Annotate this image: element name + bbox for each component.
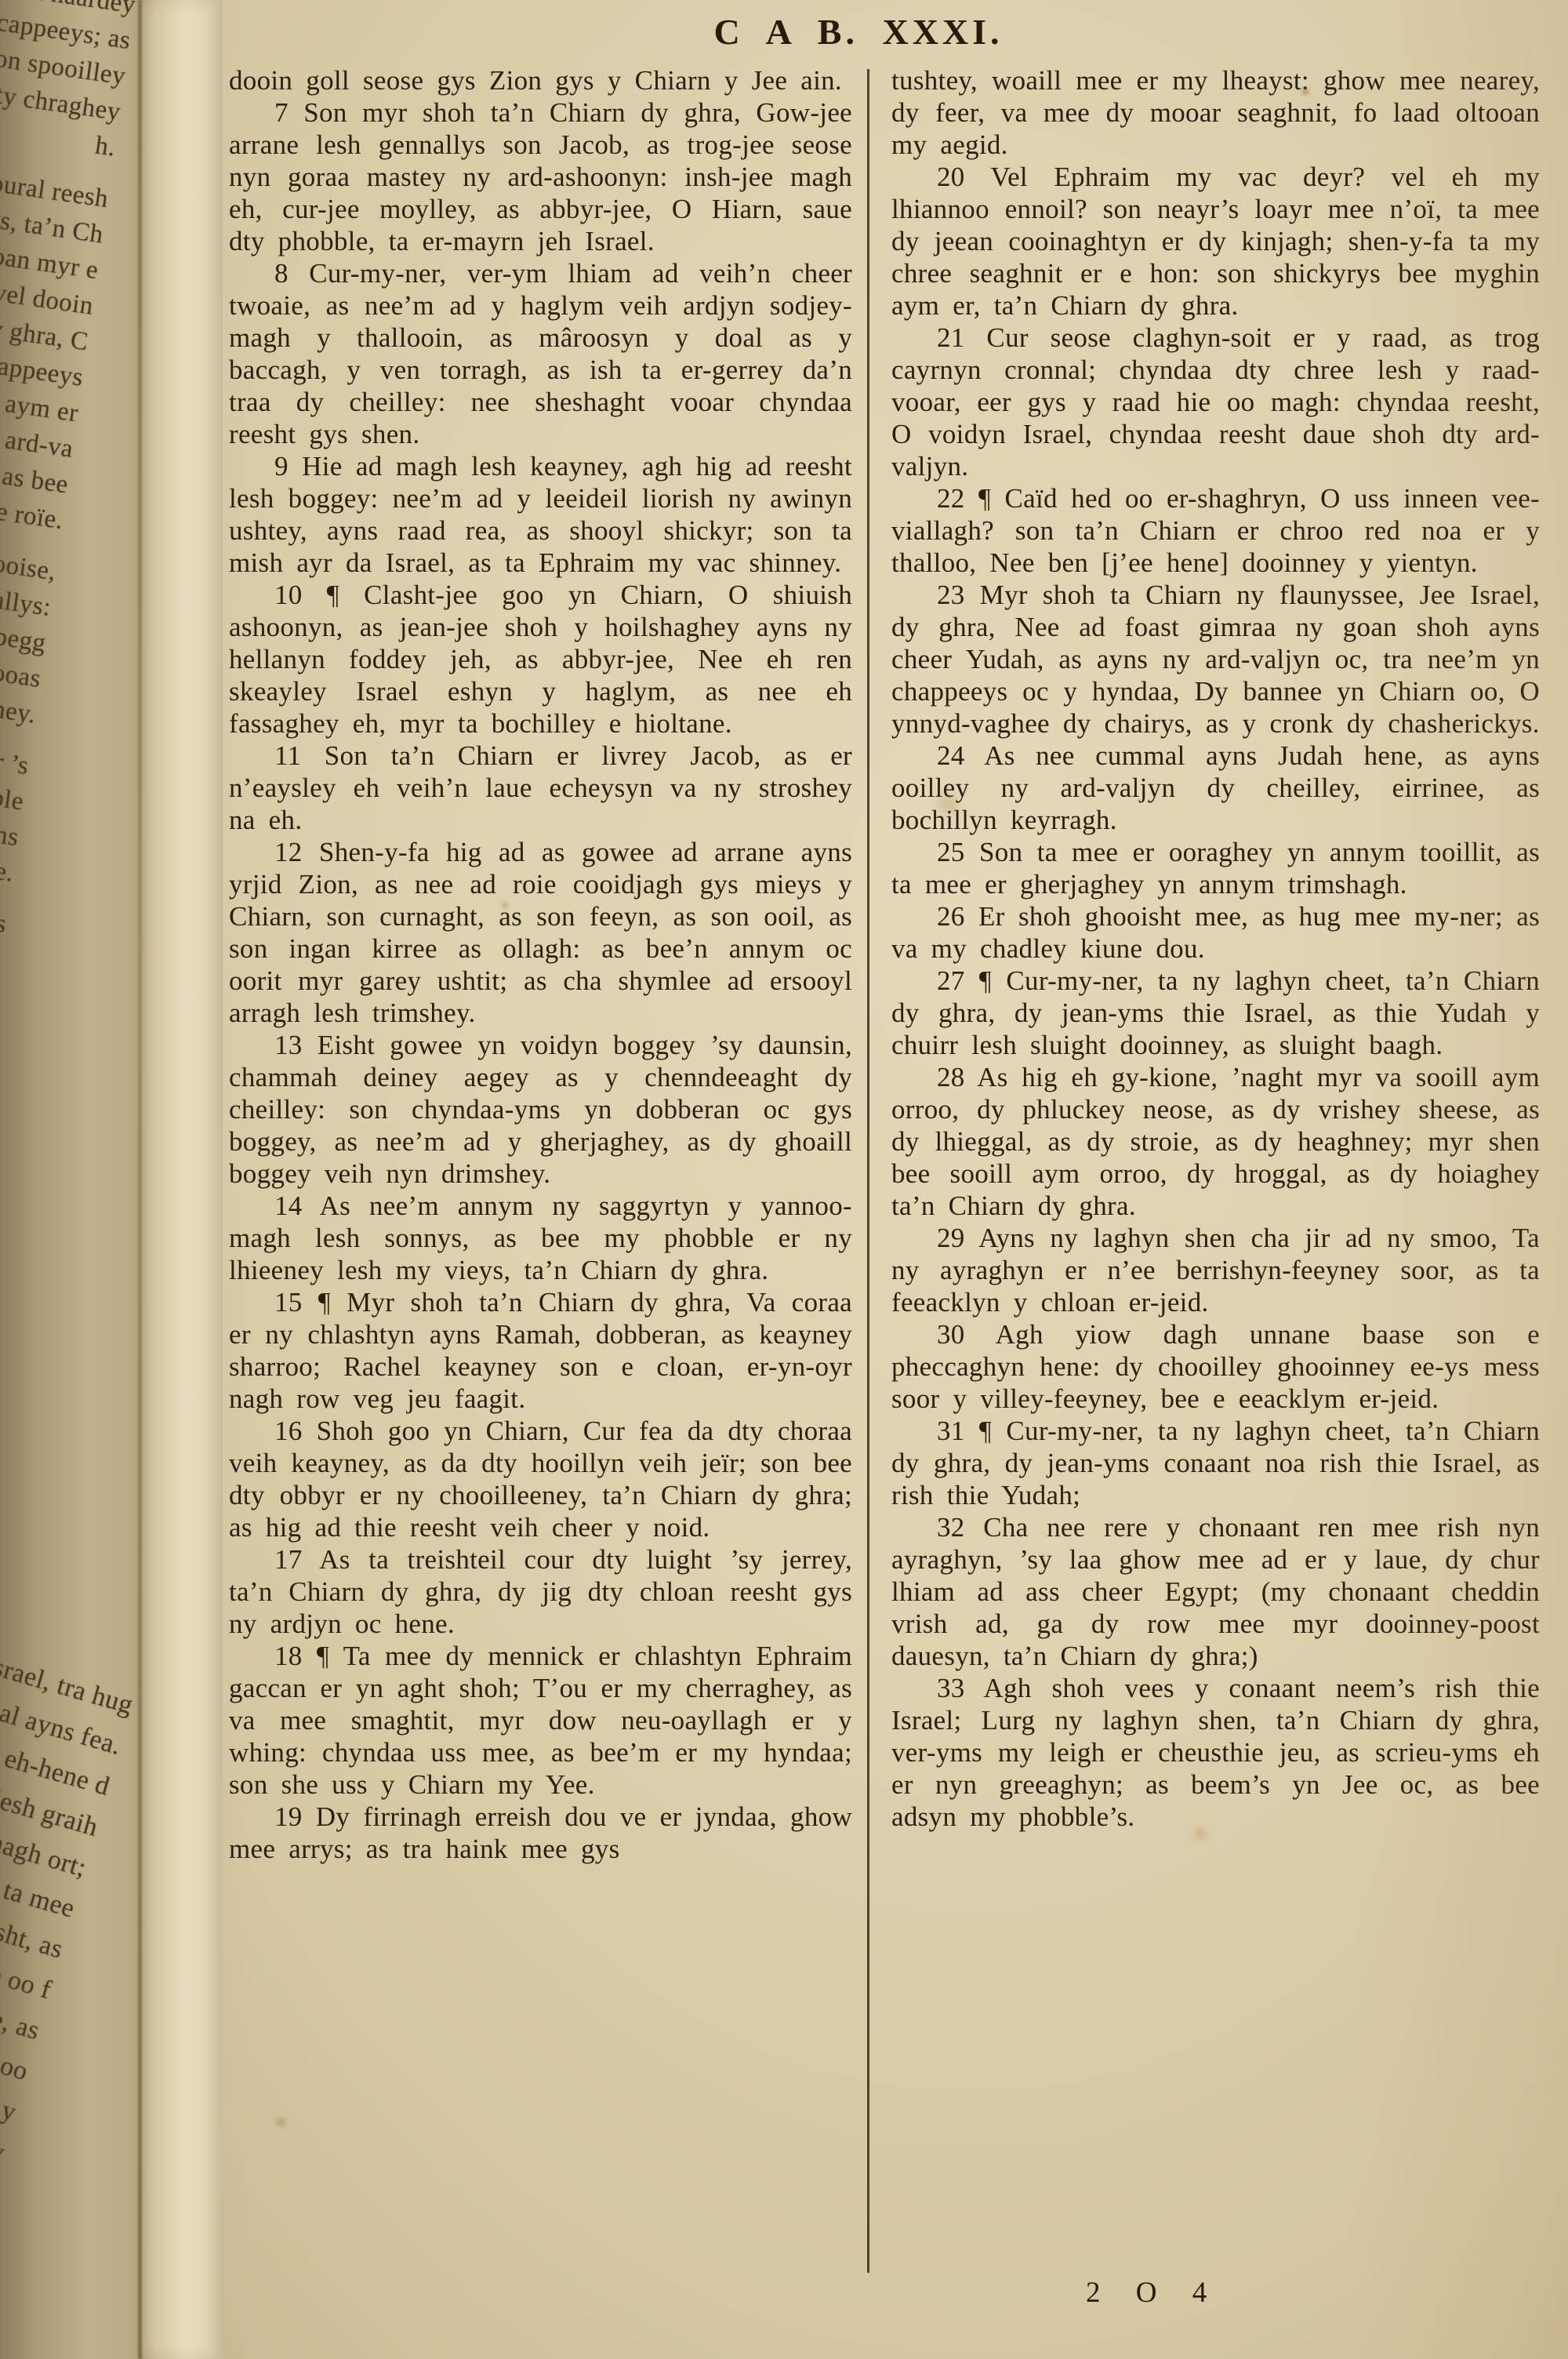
chapter-heading: C A B. XXXI.	[227, 11, 1490, 53]
verse-paragraph: 10 ¶ Clasht-jee goo yn Chiarn, O shiuish…	[229, 579, 852, 740]
page-edge-curl	[141, 0, 223, 2359]
gutter-previous-page: -hene currit naardeyyn gyn cappeeys; aso…	[0, 0, 141, 2359]
verse-paragraph: 28 As hig eh gy-kione, ’naght myr va soo…	[891, 1061, 1540, 1222]
verse-paragraph: 15 ¶ Myr shoh ta’n Chiarn dy ghra, Va co…	[229, 1286, 852, 1415]
verse-paragraph: 19 Dy firrinagh erreish dou ve er jyndaa…	[229, 1801, 852, 1865]
verse-paragraph: 17 As ta treishteil cour dty luight ’sy …	[229, 1543, 852, 1640]
verse-paragraph: 16 Shoh goo yn Chiarn, Cur fea da dty ch…	[229, 1415, 852, 1543]
verse-paragraph: dooin goll seose gys Zion gys y Chiarn y…	[229, 64, 852, 96]
verse-paragraph: 8 Cur-my-ner, ver-ym lhiam ad veih’n che…	[229, 257, 852, 450]
verse-paragraph: 11 Son ta’n Chiarn er livrey Jacob, as e…	[229, 740, 852, 836]
verse-paragraph: 26 Er shoh ghooisht mee, as hug mee my-n…	[891, 900, 1540, 965]
verse-paragraph: 12 Shen-y-fa hig ad as gowee ad arrane a…	[229, 836, 852, 1029]
column-divider-rule	[867, 69, 869, 2273]
verse-paragraph: 24 As nee cummal ayns Judah hene, as ayn…	[891, 740, 1540, 836]
left-column: dooin goll seose gys Zion gys y Chiarn y…	[229, 64, 852, 1865]
gutter-fragments-upper: -hene currit naardeyyn gyn cappeeys; aso…	[0, 0, 138, 1692]
verse-paragraph: 18 ¶ Ta mee dy mennick er chlashtyn Ephr…	[229, 1640, 852, 1801]
verse-paragraph: 22 ¶ Caïd hed oo er-shaghryn, O uss inne…	[891, 482, 1540, 579]
verse-paragraph: 32 Cha nee rere y chonaant ren mee rish …	[891, 1511, 1540, 1672]
verse-paragraph: 31 ¶ Cur-my-ner, ta ny laghyn cheet, ta’…	[891, 1415, 1540, 1511]
verse-paragraph: 20 Vel Ephraim my vac deyr? vel eh my lh…	[891, 161, 1540, 322]
verse-paragraph: 14 As nee’m annym ny saggyrtyn y yannoo-…	[229, 1190, 852, 1286]
verse-paragraph: 9 Hie ad magh lesh keayney, agh hig ad r…	[229, 450, 852, 579]
gutter-fragments-lower: Israel, tra hugchummal ayns fea.yn Chiar…	[0, 1565, 138, 2256]
paper-stain	[276, 2117, 285, 2127]
book-page: -hene currit naardeyyn gyn cappeeys; aso…	[0, 0, 1568, 2359]
verse-paragraph: 25 Son ta mee er ooraghey yn annym tooil…	[891, 836, 1540, 900]
verse-paragraph: 30 Agh yiow dagh unnane baase son e phec…	[891, 1318, 1540, 1415]
verse-paragraph: 27 ¶ Cur-my-ner, ta ny laghyn cheet, ta’…	[891, 965, 1540, 1061]
verse-paragraph: tushtey, woaill mee er my lheayst: ghow …	[891, 64, 1540, 161]
right-column: tushtey, woaill mee er my lheayst: ghow …	[891, 64, 1540, 1865]
verse-paragraph: 33 Agh shoh vees y conaant neem’s rish t…	[891, 1672, 1540, 1833]
verse-paragraph: 29 Ayns ny laghyn shen cha jir ad ny smo…	[891, 1222, 1540, 1318]
verse-paragraph: 7 Son myr shoh ta’n Chiarn dy ghra, Gow-…	[229, 96, 852, 257]
text-columns: dooin goll seose gys Zion gys y Chiarn y…	[229, 64, 1540, 1865]
page-signature: 2 O 4	[1086, 2276, 1221, 2310]
verse-paragraph: 23 Myr shoh ta Chiarn ny flaunyssee, Jee…	[891, 579, 1540, 740]
verse-paragraph: 13 Eisht gowee yn voidyn boggey ’sy daun…	[229, 1029, 852, 1190]
gutter-crease	[138, 0, 142, 2359]
verse-paragraph: 21 Cur seose claghyn-soit er y raad, as …	[891, 322, 1540, 482]
